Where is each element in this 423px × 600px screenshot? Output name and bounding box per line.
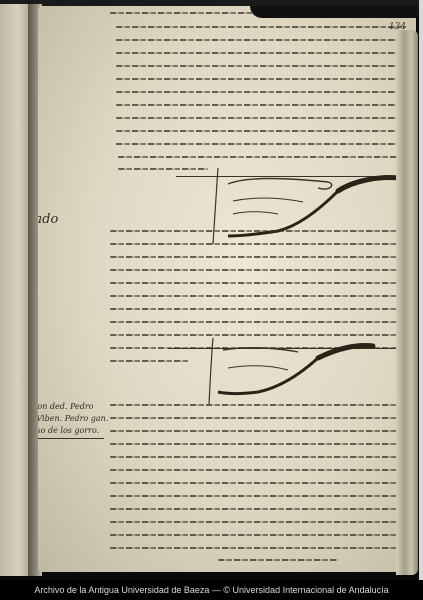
margin-note-underline: [38, 438, 104, 439]
signature-flourish-2: [178, 336, 416, 406]
page-top-shadow: [250, 6, 420, 18]
manuscript-page: Dado Cajon ded. Pedro de Viben. Pedro ga…: [38, 6, 416, 572]
page-stack-edge: [396, 30, 418, 575]
margin-note-cajon: Cajon ded. Pedro de Viben. Pedro gan. Av…: [38, 401, 108, 437]
scan-border-right: [419, 0, 423, 600]
margin-note-dado: Dado: [38, 212, 58, 227]
scan-frame: Dado Cajon ded. Pedro de Viben. Pedro ga…: [0, 0, 423, 600]
signature-flourish-1: [178, 166, 416, 246]
archive-caption: Archivo de la Antigua Universidad de Bae…: [0, 580, 423, 600]
